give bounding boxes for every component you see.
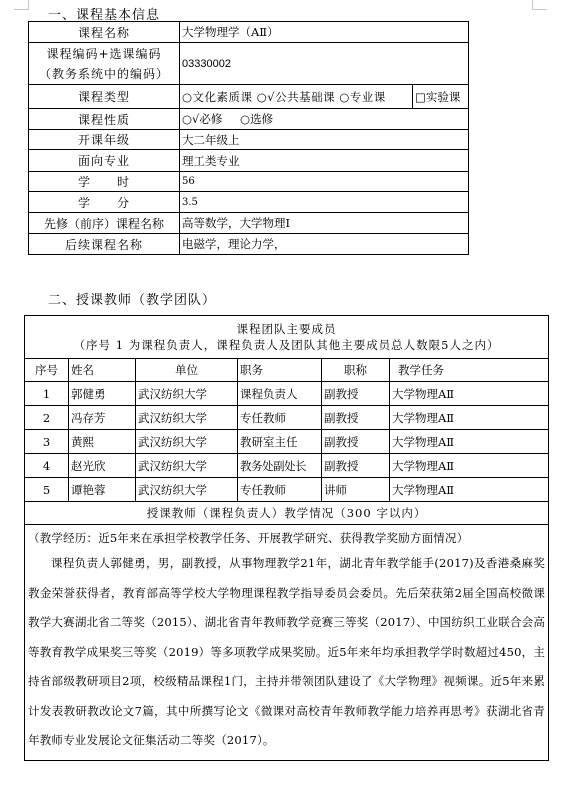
label-major: 面向专业 xyxy=(29,150,180,172)
member-task: 大学物理AⅡ xyxy=(390,454,549,478)
row-course-code: 课程编码+选课编码 （教务系统中的编码） 03330002 xyxy=(29,43,469,85)
member-name: 谭艳蓉 xyxy=(69,478,136,502)
label-grade: 开课年级 xyxy=(29,130,180,150)
team-header-title: 课程团队主要成员 xyxy=(27,321,546,337)
member-title: 讲师 xyxy=(322,478,390,502)
teaching-narrative-row: （教学经历：近5年来在承担学校教学任务、开展教学研究、获得教学奖励方面情况） 课… xyxy=(25,525,549,761)
teaching-narrative: （教学经历：近5年来在承担学校教学任务、开展教学研究、获得教学奖励方面情况） 课… xyxy=(25,525,549,761)
row-major: 面向专业 理工类专业 xyxy=(29,150,469,172)
team-header-row: 课程团队主要成员 （序号 1 为课程负责人，课程负责人及团队其他主要成员总人数限… xyxy=(25,316,549,359)
member-no: 3 xyxy=(25,430,69,454)
label-course-code: 课程编码+选课编码 （教务系统中的编码） xyxy=(29,43,180,85)
team-column-header-row: 序号 姓名 单位 职务 职称 教学任务 xyxy=(25,359,549,382)
value-course-code: 03330002 xyxy=(180,43,469,85)
member-unit: 武汉纺织大学 xyxy=(136,406,238,430)
member-task: 大学物理AⅡ xyxy=(390,406,549,430)
member-title: 副教授 xyxy=(322,454,390,478)
member-post: 专任教师 xyxy=(238,478,322,502)
member-task: 大学物理AⅡ xyxy=(390,382,549,406)
value-credits: 3.5 xyxy=(180,192,469,213)
value-course-name: 大学物理学（AⅡ） xyxy=(180,22,469,43)
col-header-post: 职务 xyxy=(238,359,322,382)
option-required[interactable]: ○√必修 xyxy=(182,111,222,127)
member-no: 4 xyxy=(25,454,69,478)
row-hours: 学 时 56 xyxy=(29,172,469,192)
col-header-unit: 单位 xyxy=(136,359,238,382)
member-unit: 武汉纺织大学 xyxy=(136,430,238,454)
label-credits: 学 分 xyxy=(29,192,180,213)
teaching-header-row: 授课教师（课程负责人）教学情况（300 字以内） xyxy=(25,502,549,525)
member-unit: 武汉纺织大学 xyxy=(136,478,238,502)
member-no: 1 xyxy=(25,382,69,406)
option-general-culture[interactable]: ○文化素质课 xyxy=(182,89,253,105)
member-post: 教研室主任 xyxy=(238,430,322,454)
row-grade: 开课年级 大二年级上 xyxy=(29,130,469,150)
member-name: 冯存芳 xyxy=(69,406,136,430)
col-header-no: 序号 xyxy=(25,359,69,382)
course-type-options: ○文化素质课 ○√公共基础课 ○专业课 xyxy=(180,85,413,109)
table-row: 1 郭健勇 武汉纺织大学 课程负责人 副教授 大学物理AⅡ xyxy=(25,382,549,406)
row-credits: 学 分 3.5 xyxy=(29,192,469,213)
label-course-code-line1: 课程编码+选课编码 xyxy=(31,44,177,64)
page-corner-mark-right xyxy=(532,0,547,10)
member-post: 课程负责人 xyxy=(238,382,322,406)
value-prerequisites: 高等数学，大学物理Ⅰ xyxy=(180,213,469,234)
option-elective[interactable]: ○选修 xyxy=(240,111,273,127)
label-prerequisites: 先修（前序）课程名称 xyxy=(29,213,180,234)
row-course-nature: 课程性质 ○√必修 ○选修 xyxy=(29,109,469,130)
value-follow-up: 电磁学，理论力学， xyxy=(180,234,469,255)
teaching-narrative-body: 课程负责人郭健勇，男，副教授，从事物理教学21年，湖北青年教学能手(2017)及… xyxy=(28,549,545,756)
team-header-note: （序号 1 为课程负责人，课程负责人及团队其他主要成员总人数限5人之内） xyxy=(27,337,546,353)
option-lab-course[interactable]: □实验课 xyxy=(413,85,469,109)
teaching-narrative-lead: （教学经历：近5年来在承担学校教学任务、开展教学研究、获得教学奖励方面情况） xyxy=(28,527,545,549)
label-follow-up: 后续课程名称 xyxy=(29,234,180,255)
member-task: 大学物理AⅡ xyxy=(390,430,549,454)
member-title: 副教授 xyxy=(322,382,390,406)
member-task: 大学物理AⅡ xyxy=(390,478,549,502)
member-name: 郭健勇 xyxy=(69,382,136,406)
member-no: 2 xyxy=(25,406,69,430)
table-row: 5 谭艳蓉 武汉纺织大学 专任教师 讲师 大学物理AⅡ xyxy=(25,478,549,502)
member-title: 副教授 xyxy=(322,406,390,430)
course-info-table: 课程名称 大学物理学（AⅡ） 课程编码+选课编码 （教务系统中的编码） 0333… xyxy=(28,21,469,255)
teaching-header: 授课教师（课程负责人）教学情况（300 字以内） xyxy=(25,502,549,525)
label-course-type: 课程类型 xyxy=(29,85,180,109)
table-row: 3 黄熙 武汉纺织大学 教研室主任 副教授 大学物理AⅡ xyxy=(25,430,549,454)
col-header-title: 职称 xyxy=(322,359,390,382)
row-prerequisites: 先修（前序）课程名称 高等数学，大学物理Ⅰ xyxy=(29,213,469,234)
row-course-name: 课程名称 大学物理学（AⅡ） xyxy=(29,22,469,43)
member-unit: 武汉纺织大学 xyxy=(136,382,238,406)
row-course-type: 课程类型 ○文化素质课 ○√公共基础课 ○专业课 □实验课 xyxy=(29,85,469,109)
row-follow-up: 后续课程名称 电磁学，理论力学， xyxy=(29,234,469,255)
page-corner-mark-left xyxy=(14,0,29,10)
teaching-team-table: 课程团队主要成员 （序号 1 为课程负责人，课程负责人及团队其他主要成员总人数限… xyxy=(24,315,549,761)
label-course-nature: 课程性质 xyxy=(29,109,180,130)
course-nature-options: ○√必修 ○选修 xyxy=(180,109,469,130)
table-row: 4 赵光欣 武汉纺织大学 教务处副处长 副教授 大学物理AⅡ xyxy=(25,454,549,478)
label-course-name: 课程名称 xyxy=(29,22,180,43)
table-row: 2 冯存芳 武汉纺织大学 专任教师 副教授 大学物理AⅡ xyxy=(25,406,549,430)
value-grade: 大二年级上 xyxy=(180,130,469,150)
col-header-name: 姓名 xyxy=(69,359,136,382)
member-post: 专任教师 xyxy=(238,406,322,430)
member-no: 5 xyxy=(25,478,69,502)
option-public-basic[interactable]: ○√公共基础课 xyxy=(257,89,335,105)
member-name: 黄熙 xyxy=(69,430,136,454)
member-post: 教务处副处长 xyxy=(238,454,322,478)
value-hours: 56 xyxy=(180,172,469,192)
section2-title: 二、授课教师（教学团队） xyxy=(48,289,216,308)
col-header-task: 教学任务 xyxy=(390,359,549,382)
label-hours: 学 时 xyxy=(29,172,180,192)
member-title: 副教授 xyxy=(322,430,390,454)
value-major: 理工类专业 xyxy=(180,150,469,172)
label-course-code-line2: （教务系统中的编码） xyxy=(31,64,177,84)
team-header: 课程团队主要成员 （序号 1 为课程负责人，课程负责人及团队其他主要成员总人数限… xyxy=(25,316,549,359)
member-unit: 武汉纺织大学 xyxy=(136,454,238,478)
member-name: 赵光欣 xyxy=(69,454,136,478)
option-major[interactable]: ○专业课 xyxy=(339,89,386,105)
